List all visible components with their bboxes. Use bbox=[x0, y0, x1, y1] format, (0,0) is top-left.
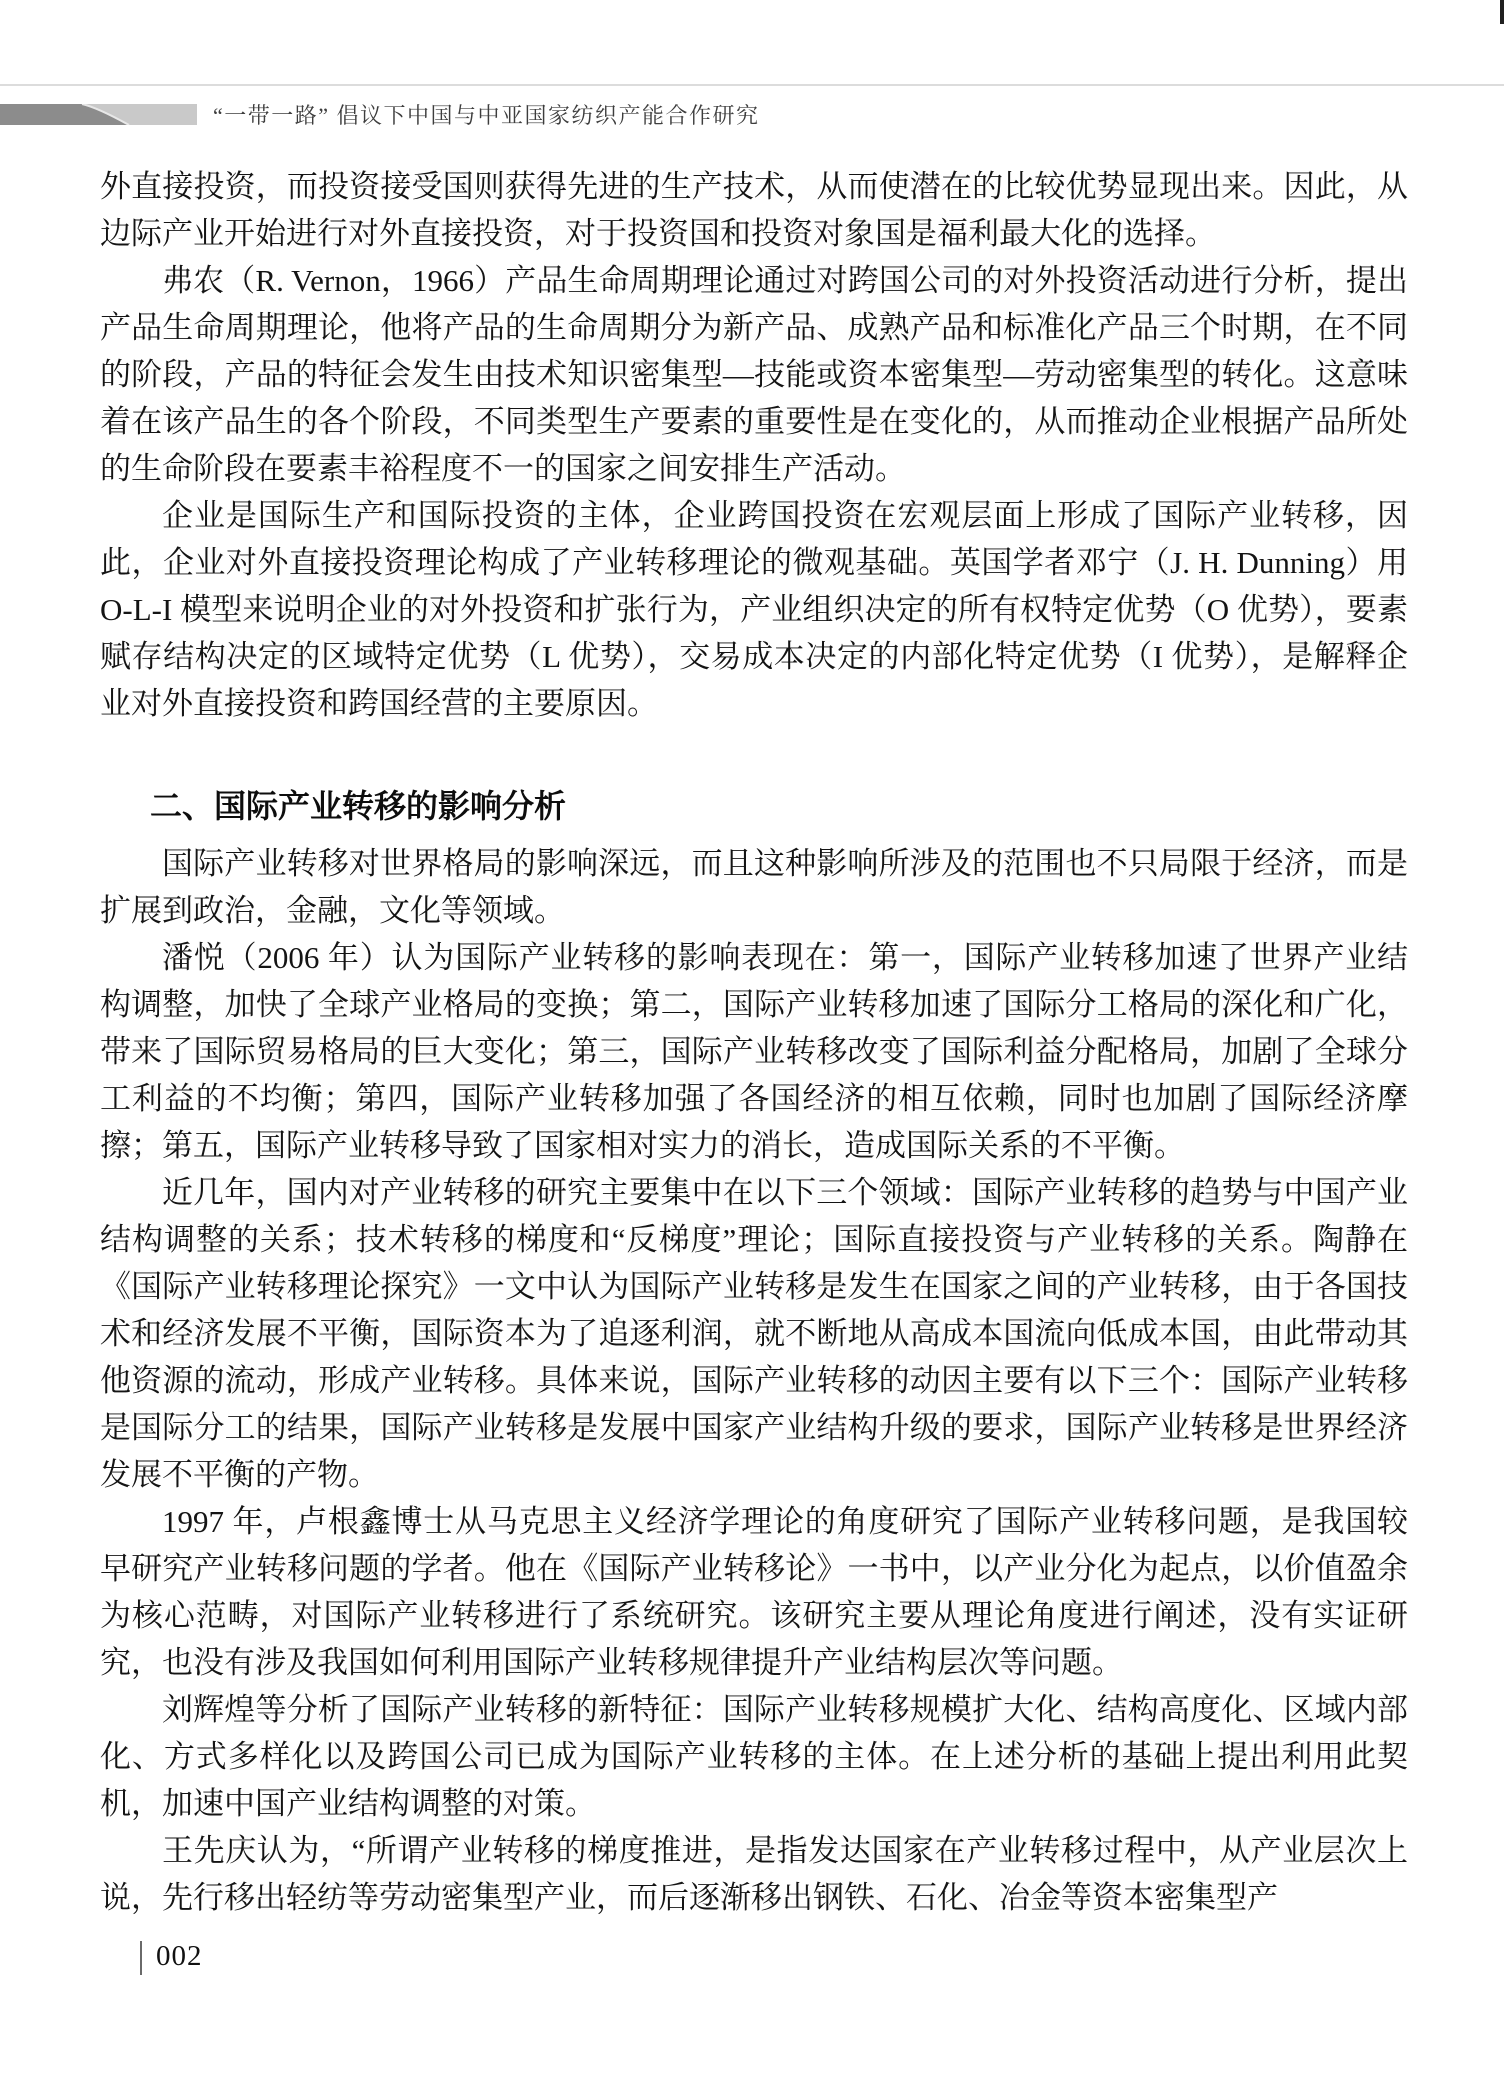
running-head-title: “一带一路” 倡议下中国与中亚国家纺织产能合作研究 bbox=[213, 99, 760, 130]
book-page: “一带一路” 倡议下中国与中亚国家纺织产能合作研究 外直接投资，而投资接受国则获… bbox=[0, 0, 1504, 2095]
body-paragraph: 近几年，国内对产业转移的研究主要集中在以下三个领域：国际产业转移的趋势与中国产业… bbox=[100, 1169, 1408, 1498]
body-paragraph: 外直接投资，而投资接受国则获得先进的生产技术，从而使潜在的比较优势显现出来。因此… bbox=[100, 163, 1408, 257]
page-number: 002 bbox=[156, 1940, 203, 1973]
body-paragraph: 国际产业转移对世界格局的影响深远，而且这种影响所涉及的范围也不只局限于经济，而是… bbox=[100, 840, 1408, 934]
body-paragraph: 1997 年，卢根鑫博士从马克思主义经济学理论的角度研究了国际产业转移问题，是我… bbox=[100, 1498, 1408, 1686]
body-paragraph: 王先庆认为，“所谓产业转移的梯度推进，是指发达国家在产业转移过程中，从产业层次上… bbox=[100, 1827, 1408, 1921]
page-body: 外直接投资，而投资接受国则获得先进的生产技术，从而使潜在的比较优势显现出来。因此… bbox=[100, 163, 1408, 1921]
running-head: “一带一路” 倡议下中国与中亚国家纺织产能合作研究 bbox=[0, 0, 1504, 140]
page-footer: 002 bbox=[0, 1938, 1504, 1988]
body-paragraph: 企业是国际生产和国际投资的主体，企业跨国投资在宏观层面上形成了国际产业转移，因此… bbox=[100, 492, 1408, 727]
page-number-divider bbox=[140, 1941, 142, 1975]
body-paragraph: 刘辉煌等分析了国际产业转移的新特征：国际产业转移规模扩大化、结构高度化、区域内部… bbox=[100, 1686, 1408, 1827]
header-bar-graphic bbox=[0, 104, 200, 125]
body-paragraph: 潘悦（2006 年）认为国际产业转移的影响表现在：第一，国际产业转移加速了世界产… bbox=[100, 934, 1408, 1169]
body-paragraph: 弗农（R. Vernon，1966）产品生命周期理论通过对跨国公司的对外投资活动… bbox=[100, 257, 1408, 492]
section-heading: 二、国际产业转移的影响分析 bbox=[100, 783, 1408, 830]
